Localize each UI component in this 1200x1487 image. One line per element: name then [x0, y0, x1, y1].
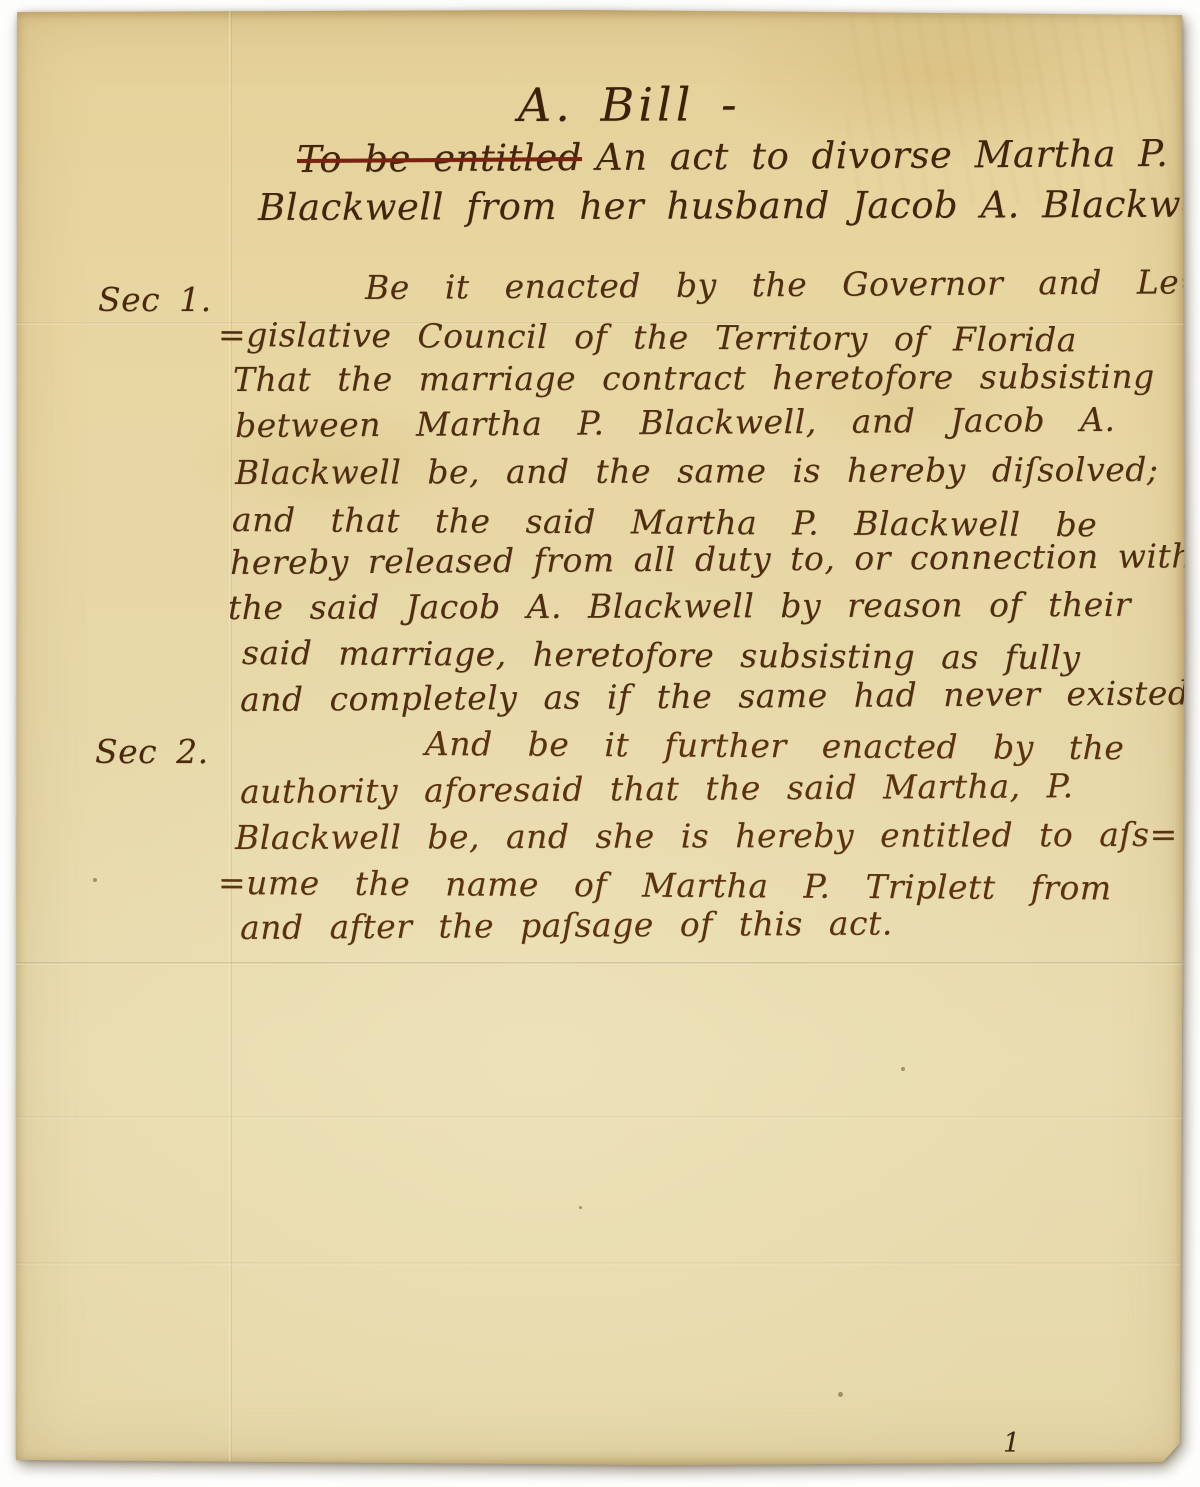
manuscript-line: said marriage, heretofore subsisting as … [242, 633, 1081, 677]
manuscript-line: That the marriage contract heretofore su… [233, 357, 1155, 399]
subtitle-line-1: To be entitledAn act to divorse Martha P… [297, 132, 1169, 181]
manuscript-page: A. Bill - To be entitledAn act to divors… [13, 10, 1185, 1465]
paper-speck [901, 1067, 905, 1071]
manuscript-line: and completely as if the same had never … [240, 673, 1200, 719]
section-2-label: Sec 2. [95, 732, 209, 771]
manuscript-line: authority aforesaid that the said Martha… [240, 766, 1074, 811]
subtitle-line-1-rest: An act to divorse Martha P. [596, 132, 1169, 179]
manuscript-line: Be it enacted by the Governor and Le= [365, 262, 1200, 307]
fold-crease-horizontal-3 [13, 1116, 1185, 1119]
paper-speck [838, 1392, 843, 1397]
manuscript-line: =ume the name of Martha P. Triplett from [218, 863, 1112, 907]
manuscript-line: =gislative Council of the Territory of F… [218, 315, 1077, 359]
manuscript-line: And be it further enacted by the [425, 724, 1125, 767]
page-number: 1 [1003, 1428, 1021, 1459]
paper-speck [579, 1206, 582, 1209]
section-1-label: Sec 1. [98, 280, 212, 319]
manuscript-line: between Martha P. Blackwell, and Jacob A… [235, 400, 1116, 445]
document-title: A. Bill - [518, 77, 741, 132]
fold-crease-horizontal-2 [13, 962, 1185, 965]
manuscript-line: hereby released from all duty to, or con… [230, 536, 1200, 582]
paper-speck [93, 878, 97, 882]
fold-crease-vertical [229, 10, 232, 1465]
manuscript-line: Blackwell be, and the same is hereby diſ… [235, 450, 1159, 492]
manuscript-page-wrap: A. Bill - To be entitledAn act to divors… [13, 10, 1185, 1465]
subtitle-line-2: Blackwell from her husband Jacob A. Blac… [258, 183, 1200, 229]
struck-text: To be entitled [297, 136, 582, 181]
manuscript-line: the said Jacob A. Blackwell by reason of… [228, 585, 1131, 627]
fold-crease-horizontal-4 [13, 1262, 1185, 1265]
manuscript-line: and after the paſsage of this act. [240, 903, 893, 947]
manuscript-line: Blackwell be, and she is hereby entitled… [235, 815, 1178, 857]
scan-background: A. Bill - To be entitledAn act to divors… [0, 0, 1200, 1487]
